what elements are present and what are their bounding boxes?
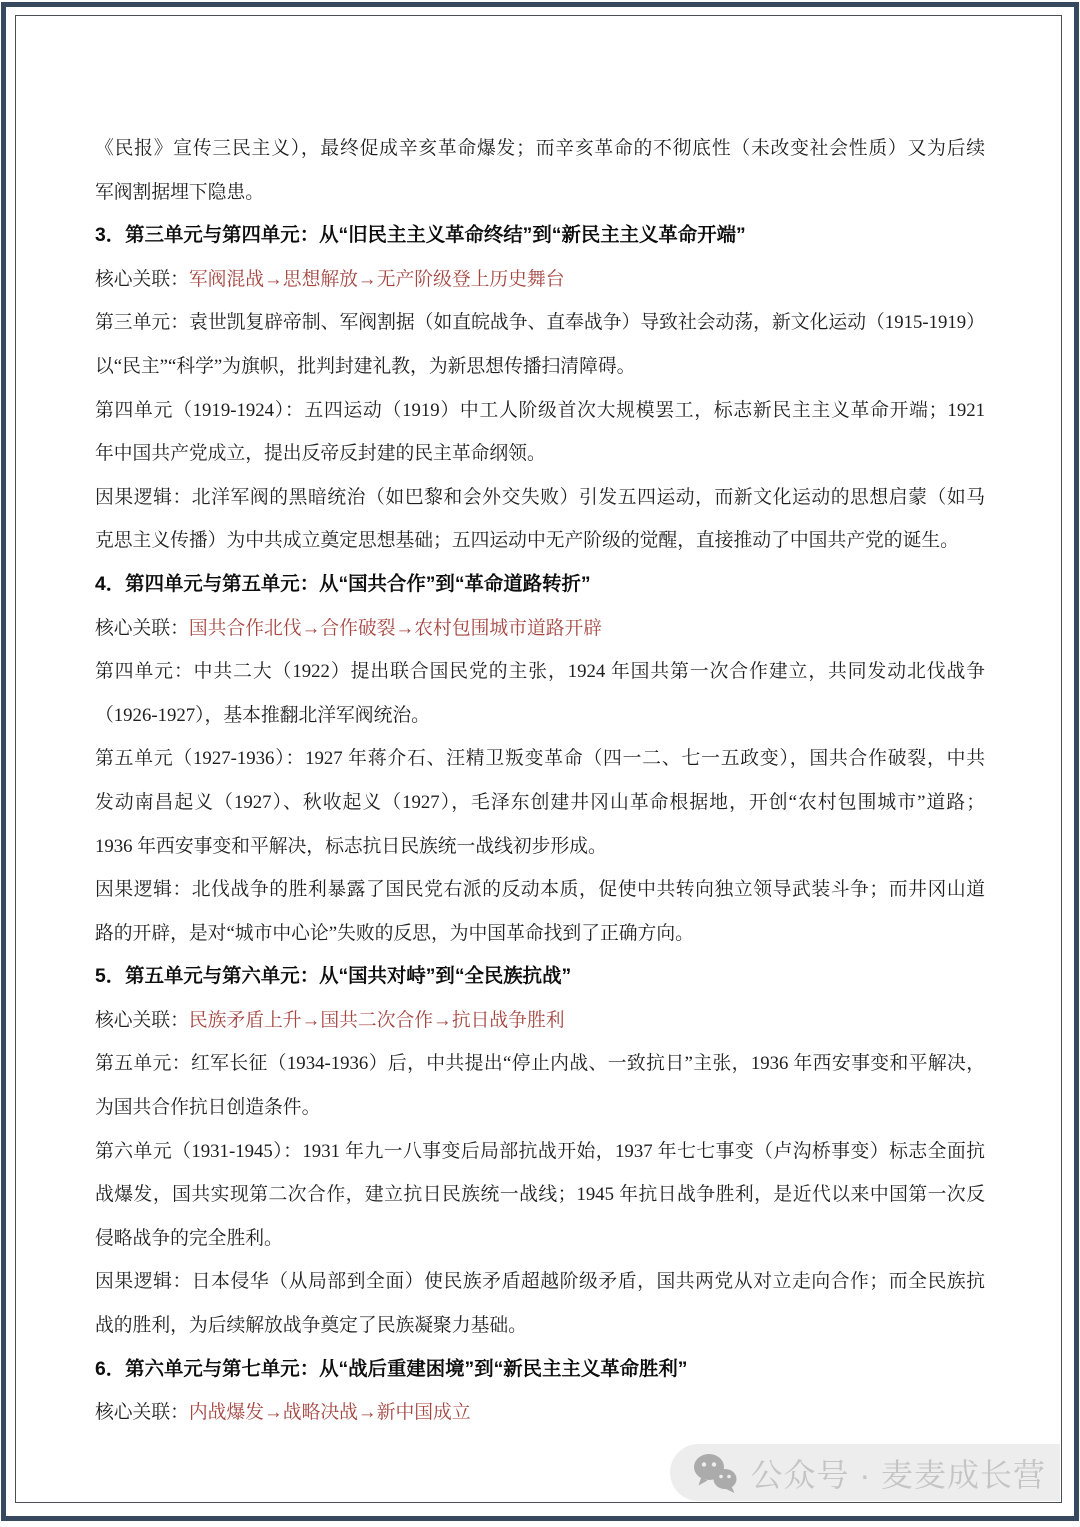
key-relation-value: 内战爆发→战略决战→新中国成立 xyxy=(189,1402,471,1423)
text-line: 1936 年西安事变和平解决，标志抗日民族统一战线初步形成。 xyxy=(95,825,985,869)
section-heading: 6．第六单元与第七单元：从“战后重建困境”到“新民主主义革命胜利” xyxy=(95,1348,985,1392)
key-relation-line: 核心关联：民族矛盾上升→国共二次合作→抗日战争胜利 xyxy=(95,999,985,1043)
key-relation-value: 民族矛盾上升→国共二次合作→抗日战争胜利 xyxy=(189,1010,565,1031)
key-relation-line: 核心关联：军阀混战→思想解放→无产阶级登上历史舞台 xyxy=(95,258,985,302)
key-relation-label: 核心关联： xyxy=(95,1010,189,1031)
section-heading: 5．第五单元与第六单元：从“国共对峙”到“全民族抗战” xyxy=(95,955,985,999)
wechat-icon xyxy=(692,1452,738,1494)
key-relation-label: 核心关联： xyxy=(95,269,189,290)
key-relation-line: 核心关联：国共合作北伐→合作破裂→农村包围城市道路开辟 xyxy=(95,607,985,651)
text-line: 为国共合作抗日创造条件。 xyxy=(95,1086,985,1130)
text-line: （1926-1927），基本推翻北洋军阀统治。 xyxy=(95,694,985,738)
text-line: 战的胜利，为后续解放战争奠定了民族凝聚力基础。 xyxy=(95,1304,985,1348)
text-line: 路的开辟，是对“城市中心论”失败的反思，为中国革命找到了正确方向。 xyxy=(95,912,985,956)
section-heading: 4．第四单元与第五单元：从“国共合作”到“革命道路转折” xyxy=(95,563,985,607)
watermark-text: 公众号 · 麦麦成长营 xyxy=(751,1450,1046,1496)
text-line: 第五单元：红军长征（1934-1936）后，中共提出“停止内战、一致抗日”主张，… xyxy=(95,1042,985,1086)
key-relation-value: 军阀混战→思想解放→无产阶级登上历史舞台 xyxy=(189,269,565,290)
text-line: 第五单元（1927-1936）：1927 年蒋介石、汪精卫叛变革命（四一二、七一… xyxy=(95,737,985,781)
watermark-badge: 公众号 · 麦麦成长营 xyxy=(670,1444,1060,1501)
key-relation-line: 核心关联：内战爆发→战略决战→新中国成立 xyxy=(95,1391,985,1435)
document-body: 《民报》宣传三民主义），最终促成辛亥革命爆发；而辛亥革命的不彻底性（未改变社会性… xyxy=(16,17,1060,1501)
text-line: 克思主义传播）为中共成立奠定思想基础；五四运动中无产阶级的觉醒，直接推动了中国共… xyxy=(95,519,985,563)
key-relation-label: 核心关联： xyxy=(95,1402,189,1423)
section-heading: 3．第三单元与第四单元：从“旧民主主义革命终结”到“新民主主义革命开端” xyxy=(95,214,985,258)
text-line: 军阀割据埋下隐患。 xyxy=(95,171,985,215)
text-line: 因果逻辑：日本侵华（从局部到全面）使民族矛盾超越阶级矛盾，国共两党从对立走向合作… xyxy=(95,1260,985,1304)
text-line: 第三单元：袁世凯复辟帝制、军阀割据（如直皖战争、直奉战争）导致社会动荡，新文化运… xyxy=(95,301,985,345)
key-relation-value: 国共合作北伐→合作破裂→农村包围城市道路开辟 xyxy=(189,618,602,639)
text-line: 侵略战争的完全胜利。 xyxy=(95,1217,985,1261)
text-line: 第四单元（1919-1924）：五四运动（1919）中工人阶级首次大规模罢工，标… xyxy=(95,389,985,433)
text-line: 以“民主”“科学”为旗帜，批判封建礼教，为新思想传播扫清障碍。 xyxy=(95,345,985,389)
text-line: 因果逻辑：北洋军阀的黑暗统治（如巴黎和会外交失败）引发五四运动，而新文化运动的思… xyxy=(95,476,985,520)
text-line: 年中国共产党成立，提出反帝反封建的民主革命纲领。 xyxy=(95,432,985,476)
text-line: 《民报》宣传三民主义），最终促成辛亥革命爆发；而辛亥革命的不彻底性（未改变社会性… xyxy=(95,127,985,171)
text-line: 因果逻辑：北伐战争的胜利暴露了国民党右派的反动本质，促使中共转向独立领导武装斗争… xyxy=(95,868,985,912)
text-line: 第四单元：中共二大（1922）提出联合国民党的主张，1924 年国共第一次合作建… xyxy=(95,650,985,694)
text-line: 战爆发，国共实现第二次合作，建立抗日民族统一战线；1945 年抗日战争胜利，是近… xyxy=(95,1173,985,1217)
key-relation-label: 核心关联： xyxy=(95,618,189,639)
text-line: 第六单元（1931-1945）：1931 年九一八事变后局部抗战开始，1937 … xyxy=(95,1130,985,1174)
text-line: 发动南昌起义（1927）、秋收起义（1927），毛泽东创建井冈山革命根据地，开创… xyxy=(95,781,985,825)
